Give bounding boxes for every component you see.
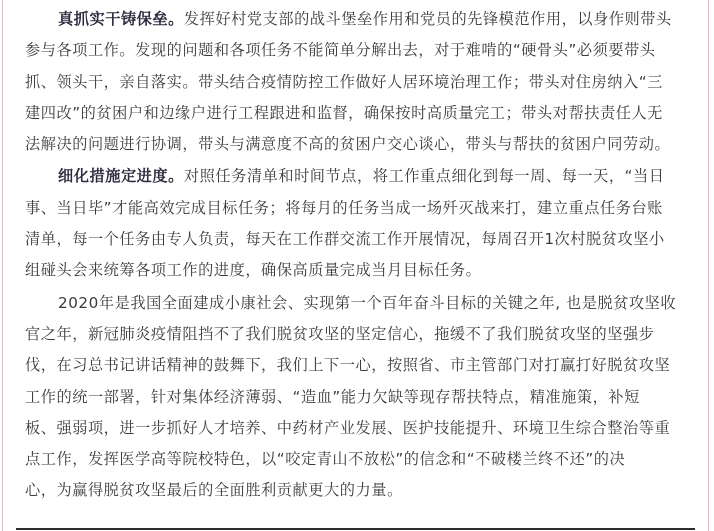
paragraph-lead-heading: 真抓实干铸保垒。	[58, 10, 184, 28]
text-line: 组碰头会来统筹各项工作的进度，确保高质量完成当月目标任务。	[25, 255, 697, 286]
text-line: 真抓实干铸保垒。发挥好村党支部的战斗堡垒作用和党员的先锋模范作用，以身作则带头	[25, 4, 697, 35]
paragraph-2020-conclusion: 2020年是我国全面建成小康社会、实现第一个百年奋斗目标的关键之年, 也是脱贫攻…	[25, 288, 697, 507]
text-line: 伐，在习总书记讲话精神的鼓舞下，我们上下一心，按照省、市主管部门对打赢打好脱贫攻…	[25, 350, 697, 381]
text-line: 参与各项工作。发现的问题和各项任务不能简单分解出去，对于难啃的“硬骨头”必须要带…	[25, 35, 697, 66]
text-line: 心，为赢得脱贫攻坚最后的全面胜利贡献更大的力量。	[25, 475, 697, 506]
text-segment: 对照任务清单和时间节点，将工作重点细化到每一周、每一天，“当日	[184, 167, 665, 185]
text-line: 法解决的问题进行协调，带头与满意度不高的贫困户交心谈心，带头与帮扶的贫困户同劳动…	[25, 129, 697, 160]
bottom-divider	[16, 528, 695, 530]
left-border	[2, 0, 3, 531]
text-segment: 发挥好村党支部的战斗堡垒作用和党员的先锋模范作用，以身作则带头	[184, 10, 672, 28]
text-line: 细化措施定进度。对照任务清单和时间节点，将工作重点细化到每一周、每一天，“当日	[25, 161, 697, 192]
text-line: 官之年，新冠肺炎疫情阻挡不了我们脱贫攻坚的坚定信心，拖缓不了我们脱贫攻坚的坚强步	[25, 319, 697, 350]
text-line: 2020年是我国全面建成小康社会、实现第一个百年奋斗目标的关键之年, 也是脱贫攻…	[25, 288, 697, 319]
right-border	[708, 0, 709, 531]
text-line: 工作的统一部署，针对集体经济薄弱、“造血”能力欠缺等现存帮扶特点，精准施策，补短	[25, 382, 697, 413]
text-line: 板、强弱项，进一步抓好人才培养、中药材产业发展、医护技能提升、环境卫生综合整治等…	[25, 413, 697, 444]
paragraph-lead-heading: 细化措施定进度。	[58, 167, 184, 185]
text-line: 抓、领头干，亲自落实。带头结合疫情防控工作做好人居环境治理工作；带头对住房纳入“…	[25, 67, 697, 98]
text-line: 点工作，发挥医学高等院校特色，以“咬定青山不放松”的信念和“不破楼兰终不还”的决	[25, 444, 697, 475]
text-line: 建四改”的贫困户和边缘户进行工程跟进和监督，确保按时高质量完工；带头对帮扶责任人…	[25, 98, 697, 129]
text-line: 清单，每一个任务由专人负责，每天在工作群交流工作开展情况，每周召开1次村脱贫攻坚…	[25, 224, 697, 255]
text-line: 事、当日毕”才能高效完成目标任务；将每月的任务当成一场歼灭战来打，建立重点任务台…	[25, 193, 697, 224]
paragraph-real-work: 真抓实干铸保垒。发挥好村党支部的战斗堡垒作用和党员的先锋模范作用，以身作则带头 …	[25, 4, 697, 160]
article-body: 真抓实干铸保垒。发挥好村党支部的战斗堡垒作用和党员的先锋模范作用，以身作则带头 …	[25, 4, 697, 507]
paragraph-refine-measures: 细化措施定进度。对照任务清单和时间节点，将工作重点细化到每一周、每一天，“当日 …	[25, 161, 697, 286]
